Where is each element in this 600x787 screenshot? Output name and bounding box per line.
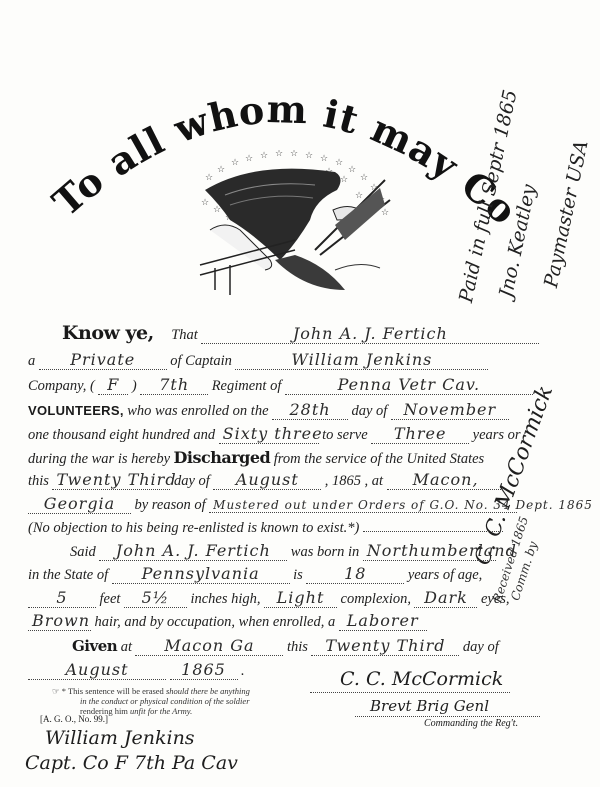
- form-line-occupation: Brown hair, and by occupation, when enro…: [28, 611, 560, 633]
- that-label: That: [171, 327, 198, 343]
- eyes-field: Dark: [414, 588, 477, 608]
- svg-text:☆: ☆: [205, 173, 213, 183]
- know-ye-heading: Know ye,: [62, 322, 154, 344]
- from-service-label: from the service of the United States: [274, 451, 484, 467]
- given-place-field: Macon Ga: [135, 636, 283, 656]
- form-line-height: 5 feet 5½ inches high, Light complexion,…: [28, 588, 560, 610]
- reason-field: Mustered out under Orders of G.O. No. 34…: [209, 498, 517, 513]
- inches-label: inches high,: [190, 591, 260, 607]
- at-label: , at: [365, 473, 384, 489]
- reason-label: by reason of: [135, 497, 206, 513]
- footnote-marker-icon: ☞ *: [52, 686, 66, 696]
- enrolled-label: who was enrolled on the: [127, 403, 268, 419]
- svg-text:☆: ☆: [260, 151, 268, 161]
- of-captain-label: of Captain: [170, 353, 232, 369]
- discharge-year: , 1865: [325, 473, 361, 489]
- footnote-line2: in the conduct or physical condition of …: [52, 696, 250, 706]
- enroll-day-field: 28th: [272, 400, 348, 420]
- a-label: a: [28, 353, 35, 369]
- svg-text:☆: ☆: [305, 151, 313, 161]
- during-war-label: during the war is hereby: [28, 451, 170, 467]
- discharge-place-field: Macon,: [387, 470, 505, 490]
- no-objection-rule: [363, 517, 503, 532]
- form-line-state-age: in the State of Pennsylvania is 18 years…: [28, 564, 560, 586]
- svg-text:☆: ☆: [217, 165, 225, 175]
- svg-text:☆: ☆: [213, 205, 221, 215]
- no-objection-text: (No objection to his being re-enlisted i…: [28, 520, 359, 536]
- company-close: ): [132, 378, 137, 394]
- form-line-reason: Georgia by reason of Mustered out under …: [28, 494, 560, 516]
- this2-label: this: [287, 639, 308, 655]
- form-line-enrolled: VOLUNTEERS, who was enrolled on the 28th…: [28, 400, 560, 422]
- commander-rank-rule: [355, 716, 540, 717]
- form-line-company: Company, ( F ) 7th Regiment of Penna Vet…: [28, 375, 560, 397]
- commander-rank: Brevt Brig Genl: [370, 697, 489, 715]
- commander-signature-rule: [310, 692, 510, 693]
- form-line-no-objection: (No objection to his being re-enlisted i…: [28, 517, 560, 539]
- said-name-field: John A. J. Fertich: [99, 541, 287, 561]
- company-letter-field: F: [98, 375, 128, 395]
- is-label: is: [293, 567, 303, 583]
- form-line-given: Given at Macon Ga this Twenty Third day …: [72, 636, 560, 658]
- given-heading: Given: [72, 637, 117, 655]
- discharge-state-field: Georgia: [28, 494, 131, 514]
- footnote-line1b: should there be anything: [166, 686, 250, 696]
- regiment-label: Regiment of: [212, 378, 282, 394]
- rank-field: Private: [39, 350, 167, 370]
- to-serve-label: to serve: [322, 427, 368, 443]
- company-label: Company, (: [28, 378, 95, 394]
- svg-text:☆: ☆: [231, 158, 239, 168]
- complexion-field: Light: [264, 588, 337, 608]
- year-prefix-label: one thousand eight hundred and: [28, 427, 215, 443]
- at2-label: at: [121, 639, 132, 655]
- svg-text:☆: ☆: [355, 191, 363, 201]
- day-of-label: day of: [352, 403, 388, 419]
- footnote-line1a: This sentence will be erased: [68, 686, 166, 696]
- occupation-field: Laborer: [339, 611, 427, 631]
- svg-text:☆: ☆: [275, 150, 283, 159]
- years-age-label: years of age,: [408, 567, 483, 583]
- given-year-field: 1865: [170, 660, 238, 680]
- discharge-certificate: To all whom it may Concern. ☆☆☆ ☆☆☆ ☆☆☆ …: [0, 0, 600, 787]
- regiment-number-field: 7th: [140, 375, 208, 395]
- svg-text:☆: ☆: [381, 208, 389, 218]
- form-line-know-ye: Know ye, That John A. J. Fertich: [62, 322, 560, 344]
- captain-name-field: William Jenkins: [235, 350, 488, 370]
- form-line-discharged: during the war is hereby Discharged from…: [28, 448, 560, 470]
- eagle-emblem-icon: ☆☆☆ ☆☆☆ ☆☆☆ ☆☆☆ ☆☆☆ ☆☆☆ ☆☆☆: [185, 150, 405, 310]
- this-label: this: [28, 473, 49, 489]
- day-of2-label: day of: [463, 639, 499, 655]
- form-line-enroll-year: one thousand eight hundred and Sixty thr…: [28, 424, 560, 446]
- years-or-label: years or: [473, 427, 521, 443]
- volunteers-label: VOLUNTEERS,: [28, 403, 124, 418]
- svg-text:☆: ☆: [340, 175, 348, 185]
- regiment-name-field: Penna Vetr Cav.: [285, 375, 533, 395]
- height-feet-field: 5: [28, 588, 96, 608]
- eyes-label: eyes,: [481, 591, 510, 607]
- said-label: Said: [70, 544, 96, 560]
- height-inches-field: 5½: [124, 588, 187, 608]
- captain-signature: William Jenkins: [45, 727, 195, 749]
- order-reference: [A. G. O., No. 99.]: [40, 714, 108, 724]
- form-line-born: Said John A. J. Fertich was born in Nort…: [70, 541, 560, 563]
- given-day-field: Twenty Third: [311, 636, 459, 656]
- birth-state-field: Pennsylvania: [112, 564, 290, 584]
- soldier-name-field: John A. J. Fertich: [201, 324, 539, 344]
- enroll-month-field: November: [391, 400, 509, 420]
- svg-text:☆: ☆: [245, 154, 253, 164]
- birthplace-field: Northumberland: [363, 541, 496, 561]
- complexion-label: complexion,: [341, 591, 411, 607]
- svg-text:☆: ☆: [290, 150, 298, 159]
- hair-field: Brown: [28, 611, 91, 631]
- svg-text:☆: ☆: [348, 165, 356, 175]
- in-state-label: in the State of: [28, 567, 108, 583]
- term-field: Three: [371, 424, 469, 444]
- commanding-caption: Commanding the Reg't.: [424, 718, 518, 729]
- form-line-rank: a Private of Captain William Jenkins: [28, 350, 560, 372]
- footnote: ☞ * This sentence will be erased should …: [52, 686, 250, 716]
- form-line-discharge-date: this Twenty Third day of August , 1865 ,…: [28, 470, 560, 492]
- captain-title: Capt. Co F 7th Pa Cav: [25, 752, 238, 774]
- footnote-line3b: unfit for the Army.: [130, 706, 192, 716]
- svg-text:☆: ☆: [360, 173, 368, 183]
- age-field: 18: [306, 564, 404, 584]
- discharged-heading: Discharged: [174, 448, 271, 467]
- discharge-day-field: Twenty Third: [52, 470, 170, 490]
- svg-text:☆: ☆: [335, 158, 343, 168]
- discharge-day-of-label: day of: [174, 473, 210, 489]
- enroll-year-field: Sixty three: [219, 424, 319, 444]
- given-month-field: August: [28, 660, 166, 680]
- svg-text:☆: ☆: [201, 198, 209, 208]
- feet-label: feet: [100, 591, 121, 607]
- born-label: was born in: [291, 544, 360, 560]
- given-period: .: [241, 663, 245, 679]
- commander-signature: C. C. McCormick: [340, 668, 503, 690]
- discharge-month-field: August: [213, 470, 321, 490]
- hair-label: hair, and by occupation, when enrolled, …: [95, 614, 336, 630]
- svg-text:☆: ☆: [320, 154, 328, 164]
